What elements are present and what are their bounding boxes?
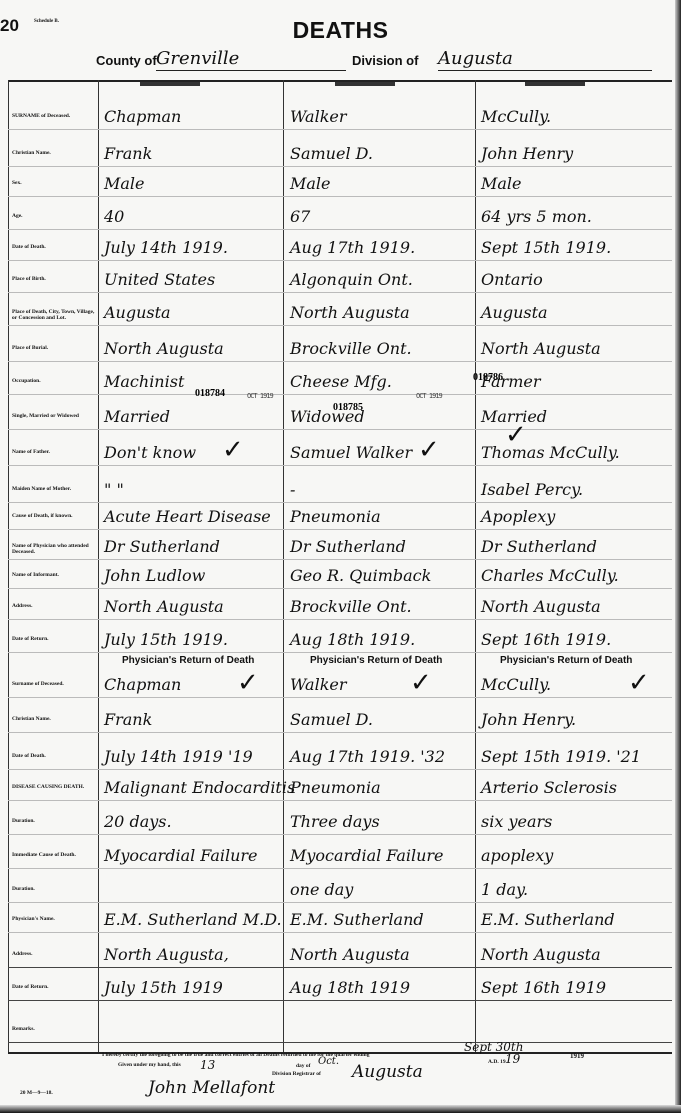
given-day: 13 bbox=[200, 1058, 215, 1072]
row-rule bbox=[8, 394, 672, 395]
day-of-label: day of bbox=[296, 1063, 311, 1069]
registration-number: 018784 bbox=[195, 388, 225, 399]
row-label: Duration. bbox=[12, 818, 98, 824]
entry-cell: 67 bbox=[290, 207, 310, 226]
entry-cell: John Henry bbox=[481, 144, 573, 163]
entry-cell: E.M. Sutherland bbox=[481, 910, 615, 929]
county-value: Grenville bbox=[156, 48, 346, 71]
row-rule bbox=[8, 196, 672, 197]
row-rule bbox=[8, 834, 672, 835]
entry-cell: July 15th 1919 bbox=[104, 978, 223, 997]
day-of-value: Oct. bbox=[318, 1056, 339, 1067]
entry-cell: July 15th 1919. bbox=[104, 630, 228, 649]
table-border-left bbox=[8, 80, 9, 1052]
row-label: Place of Burial. bbox=[12, 345, 98, 351]
entry-cell: Myocardial Failure bbox=[290, 846, 444, 865]
physician-return-heading: Physician's Return of Death bbox=[122, 655, 254, 666]
row-rule bbox=[8, 800, 672, 801]
entry-cell: Geo R. Quimback bbox=[290, 566, 431, 585]
entry-cell: July 14th 1919 '19 bbox=[104, 747, 253, 766]
row-rule bbox=[8, 502, 672, 503]
row-label: Maiden Name of Mother. bbox=[12, 486, 98, 492]
row-label: Date of Return. bbox=[12, 636, 98, 642]
row-label: Sex. bbox=[12, 180, 98, 186]
row-label: Christian Name. bbox=[12, 716, 98, 722]
row-rule bbox=[8, 732, 672, 733]
row-rule bbox=[8, 697, 672, 698]
registrar-signature: John Mellafont bbox=[148, 1078, 275, 1098]
entry-cell: July 14th 1919. bbox=[104, 238, 228, 257]
entry-cell: North Augusta, bbox=[104, 945, 229, 964]
entry-cell: North Augusta bbox=[104, 597, 224, 616]
ad-year: 19 bbox=[505, 1052, 520, 1066]
entry-cell: " " bbox=[104, 480, 124, 499]
ad-label: A.D. 19 bbox=[488, 1059, 506, 1065]
form-code: 20 M—9—18. bbox=[20, 1090, 53, 1096]
entry-cell: McCully. bbox=[481, 107, 551, 126]
row-rule bbox=[8, 1042, 672, 1043]
row-label: Single, Married or Widowed bbox=[12, 413, 98, 419]
entry-cell: Algonquin Ont. bbox=[290, 270, 413, 289]
row-label: Name of Father. bbox=[12, 449, 98, 455]
entry-cell: Sept 15th 1919. '21 bbox=[481, 747, 641, 766]
row-rule bbox=[8, 902, 672, 903]
entry-cell: Cheese Mfg. bbox=[290, 372, 392, 391]
check-mark-icon: ✓ bbox=[628, 668, 650, 698]
registrar-place: Augusta bbox=[352, 1062, 423, 1082]
entry-cell: Sept 15th 1919. bbox=[481, 238, 611, 257]
check-mark-icon: ✓ bbox=[418, 435, 440, 465]
entry-cell: Acute Heart Disease bbox=[104, 507, 271, 526]
row-label: Address. bbox=[12, 603, 98, 609]
registrar-label: Division Registrar of bbox=[272, 1071, 321, 1077]
entry-cell: E.M. Sutherland bbox=[290, 910, 424, 929]
entry-cell: Dr Sutherland bbox=[481, 537, 597, 556]
entry-cell: Charles McCully. bbox=[481, 566, 619, 585]
entry-cell: Don't know bbox=[104, 443, 196, 462]
entry-cell: - bbox=[290, 480, 295, 499]
row-rule bbox=[8, 769, 672, 770]
entry-cell: North Augusta bbox=[104, 339, 224, 358]
division-label: Division of bbox=[352, 53, 418, 68]
entry-cell: Samuel D. bbox=[290, 144, 373, 163]
entry-cell: Walker bbox=[290, 675, 347, 694]
check-mark-icon: ✓ bbox=[410, 668, 432, 698]
row-label: SURNAME of Deceased. bbox=[12, 113, 98, 119]
column-header-bar bbox=[140, 82, 200, 86]
physician-return-heading: Physician's Return of Death bbox=[310, 655, 442, 666]
row-rule bbox=[8, 292, 672, 293]
column-divider bbox=[98, 80, 99, 1052]
row-rule bbox=[8, 465, 672, 466]
entry-cell: Aug 17th 1919. bbox=[290, 238, 415, 257]
row-rule bbox=[8, 559, 672, 560]
row-label: Place of Death, City, Town, Village, or … bbox=[12, 309, 98, 321]
row-label: DISEASE CAUSING DEATH. bbox=[12, 784, 98, 790]
entry-cell: Married bbox=[104, 407, 170, 426]
check-mark-icon: ✓ bbox=[237, 668, 259, 698]
row-label: Place of Birth. bbox=[12, 276, 98, 282]
row-rule bbox=[8, 260, 672, 261]
entry-cell: North Augusta bbox=[481, 597, 601, 616]
entry-cell: Aug 18th 1919 bbox=[290, 978, 410, 997]
entry-cell: Ontario bbox=[481, 270, 543, 289]
row-rule bbox=[8, 325, 672, 326]
entry-cell: Isabel Percy. bbox=[481, 480, 583, 499]
county-division-line: County of Grenville Division of Augusta bbox=[96, 50, 656, 72]
perforation-stamp: OCT 1919 bbox=[247, 392, 273, 400]
entry-cell: McCully. bbox=[481, 675, 551, 694]
entry-cell: 40 bbox=[104, 207, 124, 226]
year-note: 1919 bbox=[570, 1052, 584, 1060]
row-label: Cause of Death, if known. bbox=[12, 513, 98, 519]
entry-cell: Frank bbox=[104, 710, 152, 729]
row-rule bbox=[8, 619, 672, 620]
row-rule bbox=[8, 652, 672, 653]
row-rule bbox=[8, 529, 672, 530]
entry-cell: Aug 17th 1919. '32 bbox=[290, 747, 445, 766]
row-label: Date of Return. bbox=[12, 984, 98, 990]
entry-cell: Sept 16th 1919 bbox=[481, 978, 606, 997]
entry-cell: North Augusta bbox=[290, 945, 410, 964]
entry-cell: Augusta bbox=[104, 303, 171, 322]
entry-cell: Male bbox=[290, 174, 331, 193]
entry-cell: E.M. Sutherland M.D. bbox=[104, 910, 282, 929]
entry-cell: one day bbox=[290, 880, 353, 899]
row-rule bbox=[8, 588, 672, 589]
row-label: Age. bbox=[12, 213, 98, 219]
row-label: Immediate Cause of Death. bbox=[12, 852, 98, 858]
row-label: Date of Death. bbox=[12, 244, 98, 250]
entry-cell: Male bbox=[104, 174, 145, 193]
physician-return-heading: Physician's Return of Death bbox=[500, 655, 632, 666]
column-divider bbox=[475, 80, 476, 1052]
page-edge-shadow bbox=[0, 1105, 681, 1113]
entry-cell: North Augusta bbox=[481, 945, 601, 964]
entry-cell: Dr Sutherland bbox=[290, 537, 406, 556]
row-label: Physician's Name. bbox=[12, 916, 98, 922]
check-mark-icon: ✓ bbox=[505, 420, 527, 450]
entry-cell: Brockville Ont. bbox=[290, 339, 412, 358]
entry-cell: Apoplexy bbox=[481, 507, 555, 526]
entry-cell: Pneumonia bbox=[290, 507, 381, 526]
row-label: Surname of Deceased. bbox=[12, 681, 98, 687]
row-rule bbox=[8, 1000, 672, 1001]
entry-cell: Thomas McCully. bbox=[481, 443, 620, 462]
row-rule bbox=[8, 129, 672, 130]
page-edge-shadow bbox=[675, 0, 681, 1113]
row-rule bbox=[8, 967, 672, 968]
death-register-page: 20 Schedule B. DEATHS County of Grenvill… bbox=[0, 0, 681, 1113]
perforation-stamp: OCT 1919 bbox=[416, 392, 442, 400]
row-rule bbox=[8, 932, 672, 933]
row-rule bbox=[8, 868, 672, 869]
entry-cell: Samuel D. bbox=[290, 710, 373, 729]
row-label: Name of Physician who attended Deceased. bbox=[12, 543, 98, 555]
entry-cell: Brockville Ont. bbox=[290, 597, 412, 616]
entry-cell: Sept 16th 1919. bbox=[481, 630, 611, 649]
entry-cell: Pneumonia bbox=[290, 778, 381, 797]
row-label: Remarks. bbox=[12, 1026, 98, 1032]
registration-number: 018786 bbox=[473, 372, 503, 383]
entry-cell: Augusta bbox=[481, 303, 548, 322]
entry-cell: Myocardial Failure bbox=[104, 846, 258, 865]
entry-cell: apoplexy bbox=[481, 846, 553, 865]
check-mark-icon: ✓ bbox=[222, 435, 244, 465]
row-label: Occupation. bbox=[12, 378, 98, 384]
entry-cell: Walker bbox=[290, 107, 347, 126]
county-label: County of bbox=[96, 53, 157, 68]
entry-cell: Three days bbox=[290, 812, 380, 831]
row-label: Name of Informant. bbox=[12, 572, 98, 578]
entry-cell: Arterio Sclerosis bbox=[481, 778, 617, 797]
entry-cell: Machinist bbox=[104, 372, 184, 391]
entry-cell: John Henry. bbox=[481, 710, 576, 729]
entry-cell: Dr Sutherland bbox=[104, 537, 220, 556]
entry-cell: John Ludlow bbox=[104, 566, 205, 585]
entry-cell: Male bbox=[481, 174, 522, 193]
row-label: Duration. bbox=[12, 886, 98, 892]
given-text: Given under my hand, this bbox=[118, 1062, 181, 1068]
entry-cell: 64 yrs 5 mon. bbox=[481, 207, 592, 226]
row-rule bbox=[8, 361, 672, 362]
row-rule bbox=[8, 166, 672, 167]
row-rule bbox=[8, 429, 672, 430]
division-value: Augusta bbox=[438, 48, 652, 71]
entry-cell: North Augusta bbox=[290, 303, 410, 322]
entry-cell: 20 days. bbox=[104, 812, 172, 831]
entry-cell: United States bbox=[104, 270, 215, 289]
row-label: Date of Death. bbox=[12, 753, 98, 759]
entry-cell: Frank bbox=[104, 144, 152, 163]
column-header-bar bbox=[335, 82, 395, 86]
entry-cell: six years bbox=[481, 812, 552, 831]
entry-cell: Malignant Endocarditis bbox=[104, 778, 295, 797]
entry-cell: 1 day. bbox=[481, 880, 528, 899]
column-divider bbox=[283, 80, 284, 1052]
row-label: Address. bbox=[12, 951, 98, 957]
entry-cell: Samuel Walker bbox=[290, 443, 412, 462]
registration-number: 018785 bbox=[333, 402, 363, 413]
row-label: Christian Name. bbox=[12, 150, 98, 156]
entry-cell: Aug 18th 1919. bbox=[290, 630, 415, 649]
entry-cell: Chapman bbox=[104, 107, 181, 126]
page-title: DEATHS bbox=[0, 17, 681, 44]
entry-cell: North Augusta bbox=[481, 339, 601, 358]
column-header-bar bbox=[525, 82, 585, 86]
entry-cell: Chapman bbox=[104, 675, 181, 694]
row-rule bbox=[8, 229, 672, 230]
